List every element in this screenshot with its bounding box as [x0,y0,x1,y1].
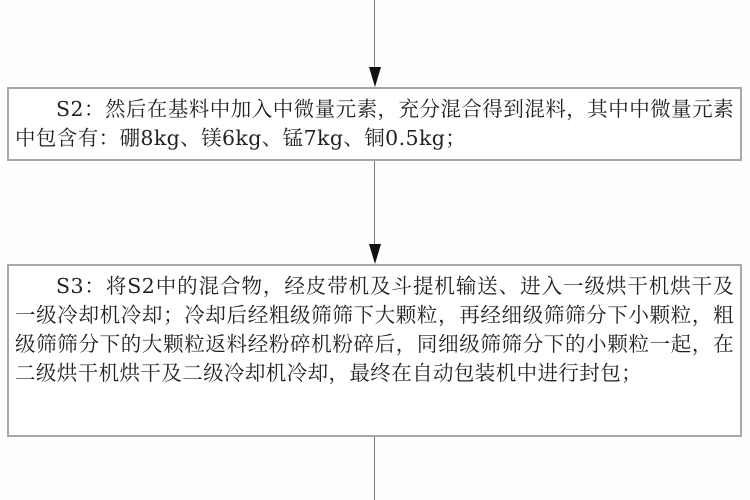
connector-line-top [374,0,375,68]
connector-line-bottom [374,437,375,500]
step-s2-text: S2：然后在基料中加入中微量元素，充分混合得到混料，其中中微量元素中包含有：硼8… [15,95,734,153]
arrow-down-icon [369,244,381,264]
step-box-s2: S2：然后在基料中加入中微量元素，充分混合得到混料，其中中微量元素中包含有：硼8… [7,87,742,161]
step-box-s3: S3：将S2中的混合物，经皮带机及斗提机输送、进入一级烘干机烘干及一级冷却机冷却… [7,264,742,437]
step-s3-text: S3：将S2中的混合物，经皮带机及斗提机输送、进入一级烘干机烘干及一级冷却机冷却… [15,272,734,388]
connector-line-s2-s3 [374,161,375,245]
flowchart-canvas: S2：然后在基料中加入中微量元素，充分混合得到混料，其中中微量元素中包含有：硼8… [0,0,750,500]
arrow-down-icon [369,67,381,87]
